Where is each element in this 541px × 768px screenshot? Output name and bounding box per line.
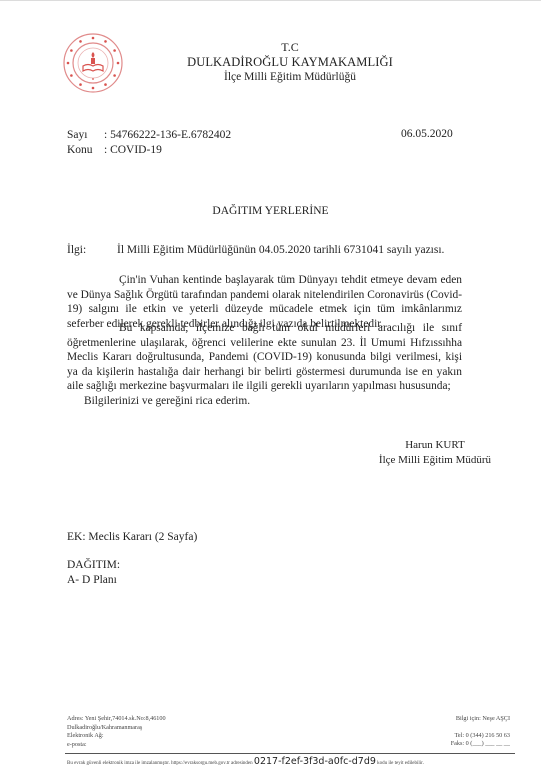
reference-line: İlgi:İl Milli Eğitim Müdürlüğünün 04.05.… <box>67 244 444 256</box>
verify-prefix: Bu evrak güvenli elektronik imza ile imz… <box>67 761 253 766</box>
footer-address-block: Adres: Yeni Şehir,74014.sk.No:8,46100 Du… <box>67 715 166 749</box>
body-closing: Bilgilerinizi ve gereğini rica ederim. <box>84 395 250 407</box>
meb-emblem-icon <box>62 32 124 94</box>
ilgi-value: İl Milli Eğitim Müdürlüğünün 04.05.2020 … <box>117 244 444 256</box>
distribution-title: DAĞITIM YERLERİNE <box>0 205 541 217</box>
footer-web: Elektronik Ağ: <box>67 732 166 741</box>
footer-address: Adres: Yeni Şehir,74014.sk.No:8,46100 <box>67 715 166 724</box>
verify-suffix: kodu ile teyit edilebilir. <box>377 761 424 766</box>
body-paragraph-2: Bu kapsamda, ilçemize bağlı tüm okul müd… <box>67 321 462 394</box>
sayi-label: Sayı <box>67 128 104 142</box>
footer-info: Bilgi için: Neşe AŞÇI <box>400 715 510 724</box>
konu-label: Konu <box>67 143 104 157</box>
signatory-name: Harun KURT <box>345 438 525 453</box>
top-edge-line <box>0 0 541 1</box>
footer-email: e-posta: <box>67 741 166 750</box>
header-institution: DULKADİROĞLU KAYMAKAMLIĞI <box>140 55 440 70</box>
verify-code: 0217-f2ef-3f3d-a0fc-d7d9 <box>254 756 376 767</box>
footer-divider <box>65 753 515 754</box>
footer-tel: Tel: 0 (344) 216 50 63 <box>400 732 510 741</box>
header-tc: T.C <box>140 40 440 55</box>
signatory-title: İlçe Milli Eğitim Müdürü <box>345 453 525 468</box>
document-date: 06.05.2020 <box>401 128 453 140</box>
attachment-line: EK: Meclis Kararı (2 Sayfa) <box>67 531 197 543</box>
header-department: İlçe Milli Eğitim Müdürlüğü <box>140 70 440 85</box>
konu-value: : COVID-19 <box>104 144 162 156</box>
footer-city: Dulkadiroğlu/Kahramanmaraş <box>67 724 166 733</box>
ilgi-label: İlgi: <box>67 244 117 256</box>
footer-fax: Faks: 0 (___) ___ __ __ <box>400 740 510 749</box>
verification-line: Bu evrak güvenli elektronik imza ile imz… <box>67 756 527 767</box>
distribution-value: A- D Planı <box>67 574 117 586</box>
document-number: Sayı: 54766222-136-E.6782402 <box>67 128 231 142</box>
document-subject: Konu: COVID-19 <box>67 143 162 157</box>
sayi-value: : 54766222-136-E.6782402 <box>104 129 231 141</box>
footer-contact-block: Bilgi için: Neşe AŞÇI Tel: 0 (344) 216 5… <box>400 715 510 749</box>
distribution-label: DAĞITIM: <box>67 559 120 571</box>
